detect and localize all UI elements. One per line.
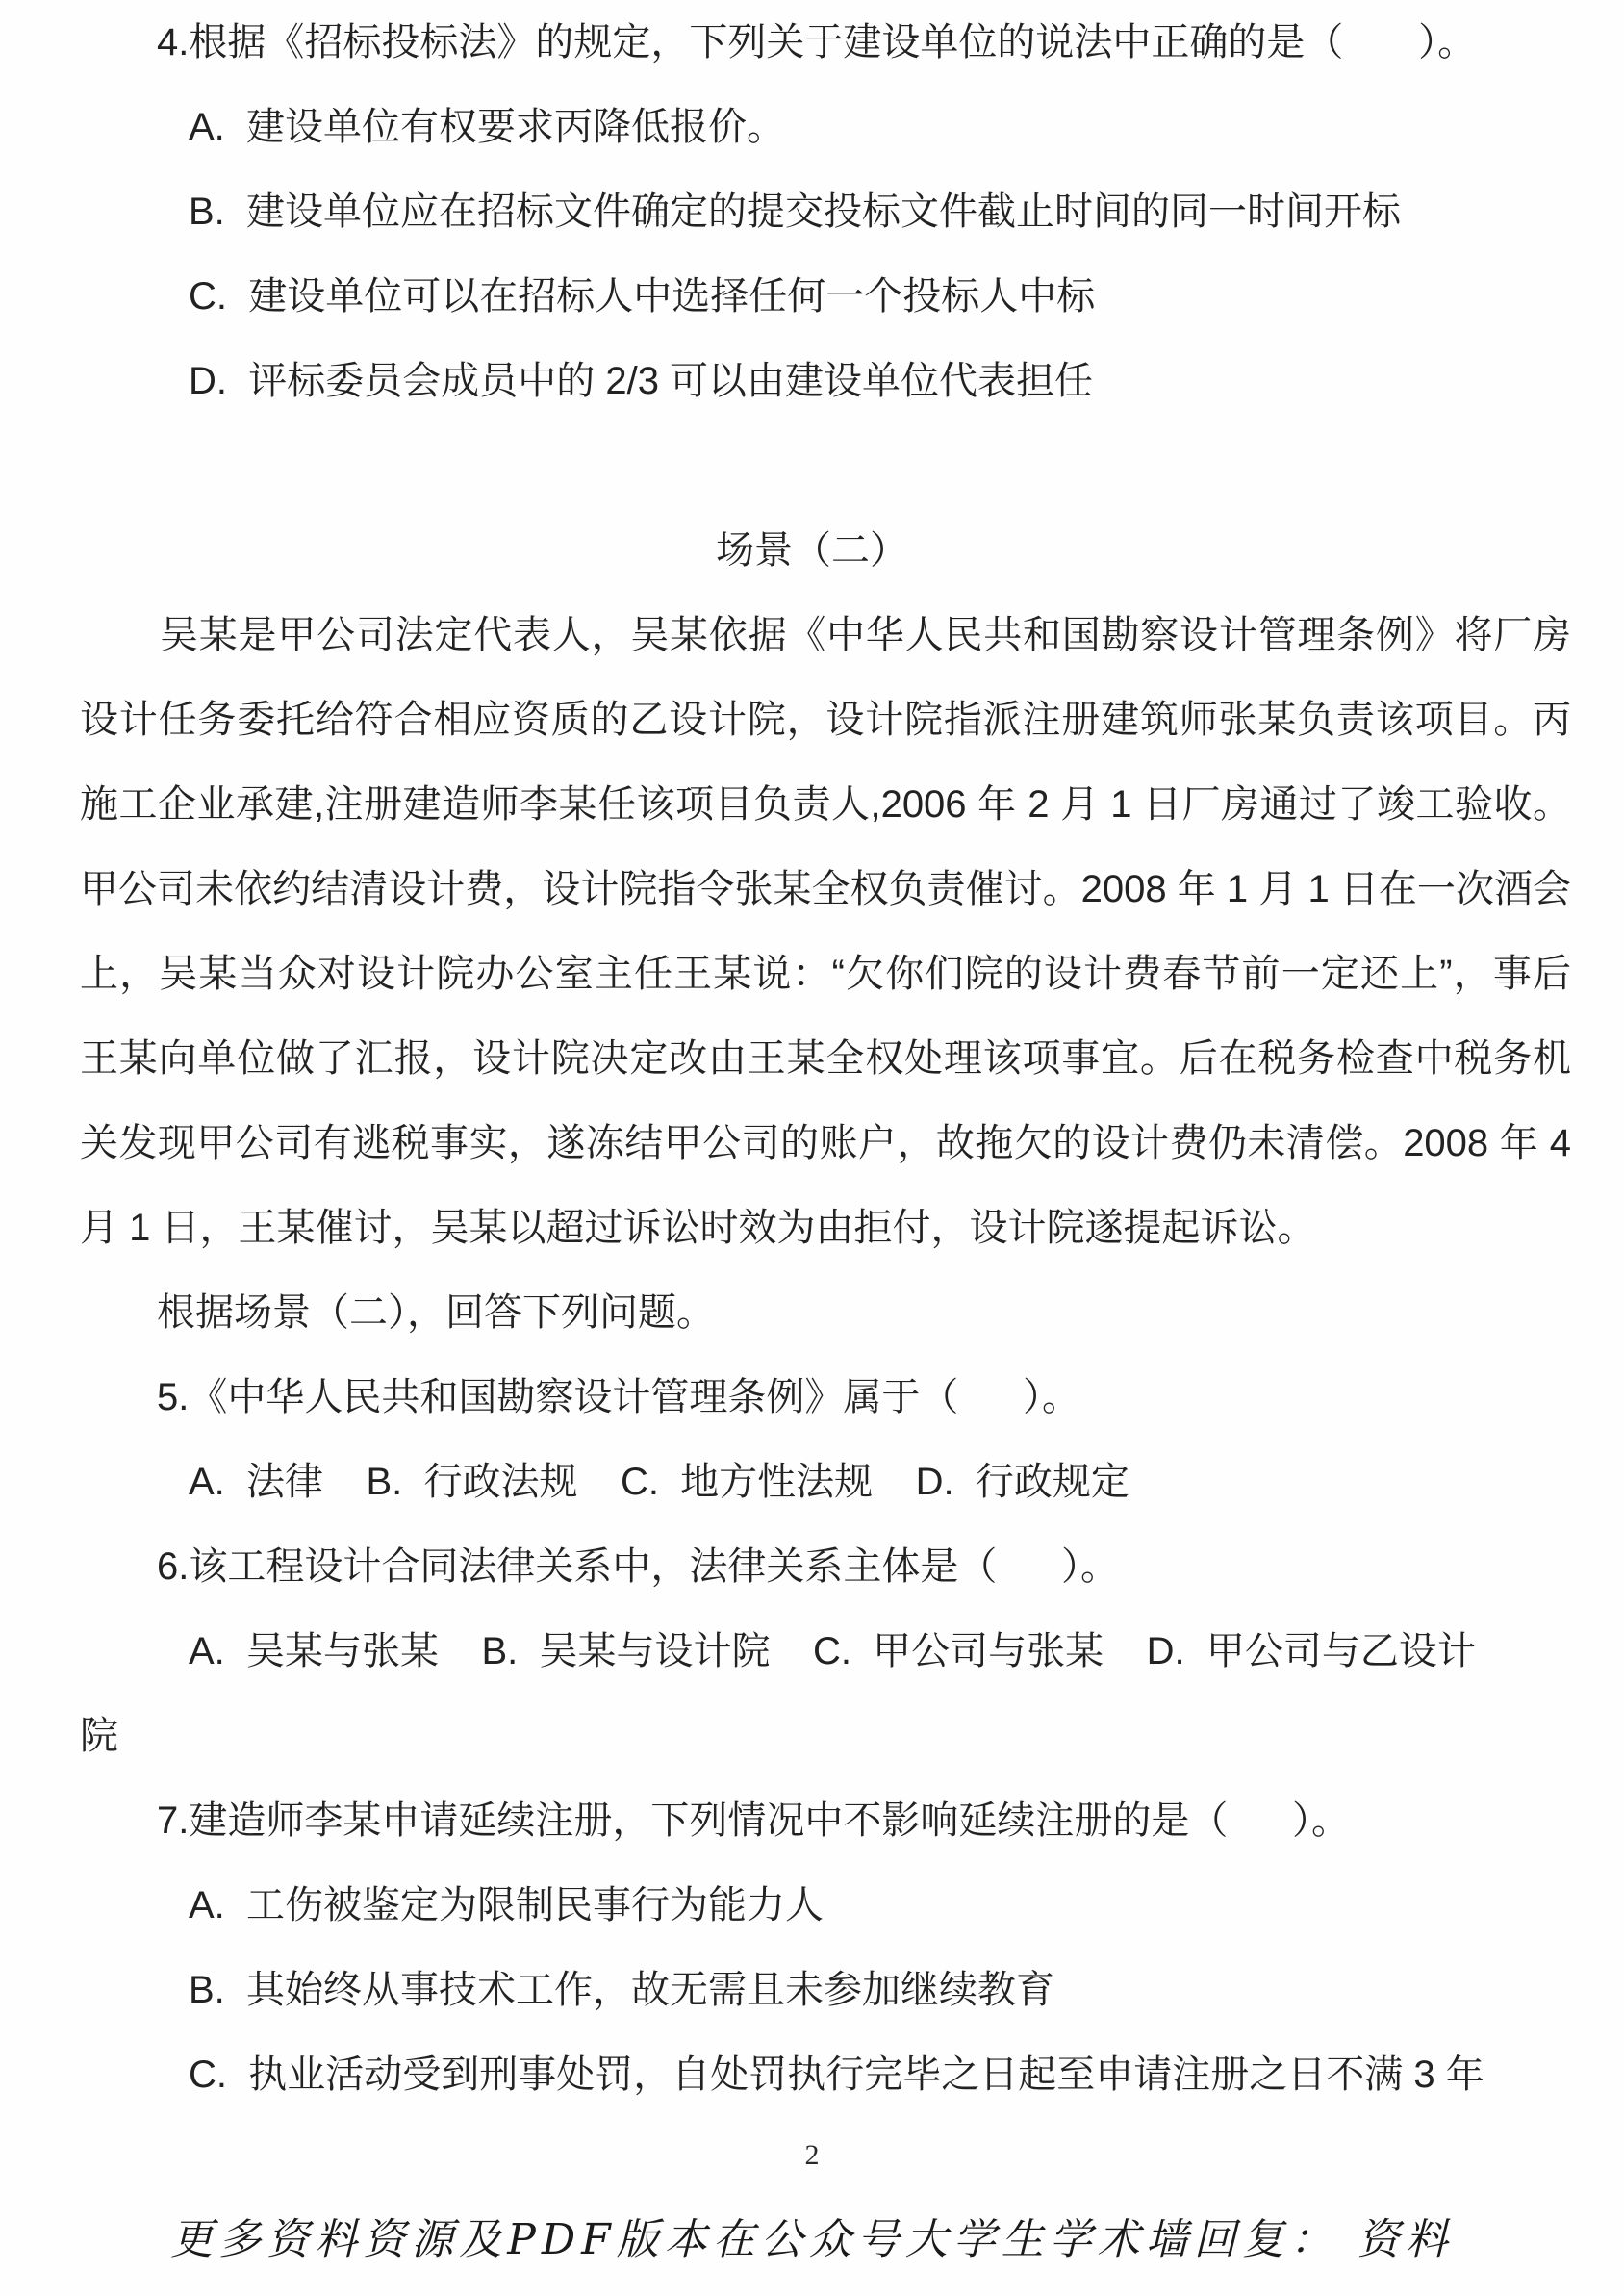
scene-2-paragraph-line: 施工企业承建,注册建造师李某任该项目负责人,2006 年 2 月 1 日厂房通过…: [80, 762, 1571, 847]
question-6-stem: 6.该工程设计合同法律关系中，法律关系主体是（ ）。: [157, 1524, 1571, 1609]
question-6-options-overflow: 院: [80, 1694, 1571, 1778]
scene-2-paragraph-line: 关发现甲公司有逃税事实，遂冻结甲公司的账户，故拖欠的设计费仍未清偿。2008 年…: [80, 1101, 1571, 1186]
question-4-option-d: D. 评标委员会成员中的 2/3 可以由建设单位代表担任: [189, 339, 1586, 423]
question-7-stem: 7.建造师李某申请延续注册，下列情况中不影响延续注册的是（ ）。: [157, 1778, 1571, 1863]
footer-promo-text: 更多资料资源及PDF版本在公众号大学生学术墙回复： 资料: [0, 2194, 1624, 2286]
spacer: [0, 423, 1624, 508]
question-6-options: A. 吴某与张某 B. 吴某与设计院 C. 甲公司与张某 D. 甲公司与乙设计: [189, 1609, 1586, 1694]
exam-document-page: 4.根据《招标投标法》的规定，下列关于建设单位的说法中正确的是（ ）。 A. 建…: [0, 0, 1624, 2296]
scene-2-instruction: 根据场景（二），回答下列问题。: [157, 1270, 1571, 1355]
question-7-option-a: A. 工伤被鉴定为限制民事行为能力人: [189, 1863, 1586, 1948]
question-4-stem: 4.根据《招标投标法》的规定，下列关于建设单位的说法中正确的是（ ）。: [157, 0, 1571, 85]
page-number: 2: [0, 2117, 1624, 2194]
question-4-option-a: A. 建设单位有权要求丙降低报价。: [189, 85, 1586, 169]
scene-2-paragraph-line: 王某向单位做了汇报，设计院决定改由王某全权处理该项事宜。后在税务检查中税务机: [80, 1016, 1571, 1101]
scene-2-paragraph-line: 设计任务委托给符合相应资质的乙设计院，设计院指派注册建筑师张某负责该项目。丙: [80, 677, 1571, 762]
scene-2-paragraph-line: 甲公司未依约结清设计费，设计院指令张某全权负责催讨。2008 年 1 月 1 日…: [80, 847, 1571, 931]
scene-2-heading: 场景（二）: [0, 508, 1624, 593]
scene-2-paragraph-line: 吴某是甲公司法定代表人，吴某依据《中华人民共和国勘察设计管理条例》将厂房: [160, 593, 1571, 677]
question-5-options: A. 法律 B. 行政法规 C. 地方性法规 D. 行政规定: [189, 1440, 1586, 1524]
scene-2-paragraph-line: 月 1 日，王某催讨，吴某以超过诉讼时效为由拒付，设计院遂提起诉讼。: [80, 1186, 1571, 1270]
scene-2-paragraph-line: 上，吴某当众对设计院办公室主任王某说：“欠你们院的设计费春节前一定还上”，事后: [80, 931, 1571, 1016]
question-5-stem: 5.《中华人民共和国勘察设计管理条例》属于（ ）。: [157, 1355, 1571, 1440]
question-7-option-c: C. 执业活动受到刑事处罚，自处罚执行完毕之日起至申请注册之日不满 3 年: [189, 2032, 1586, 2117]
question-4-option-c: C. 建设单位可以在招标人中选择任何一个投标人中标: [189, 254, 1586, 339]
question-4-option-b: B. 建设单位应在招标文件确定的提交投标文件截止时间的同一时间开标: [189, 169, 1586, 254]
question-7-option-b: B. 其始终从事技术工作，故无需且未参加继续教育: [189, 1948, 1586, 2032]
